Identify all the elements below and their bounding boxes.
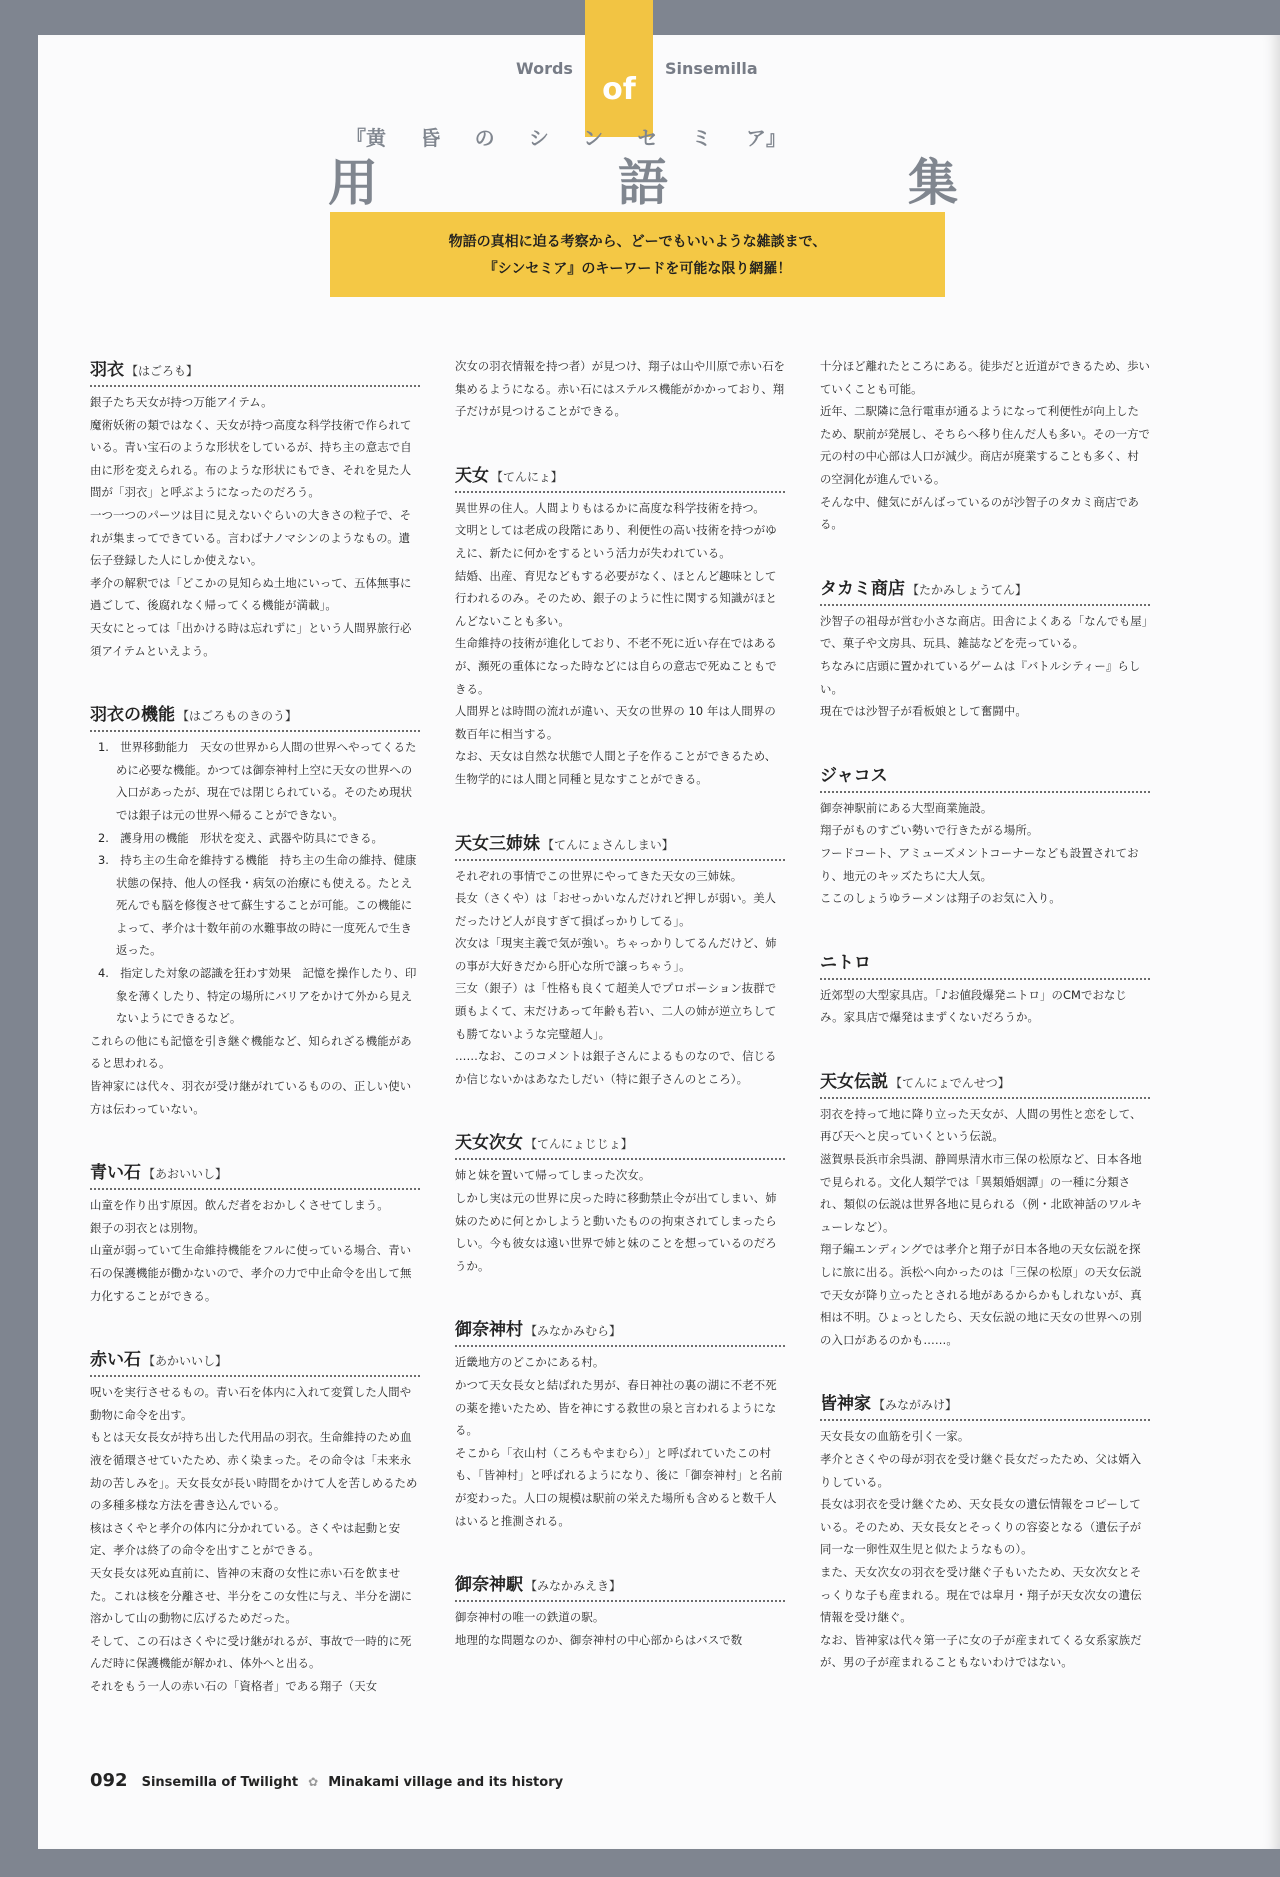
flower-separator-icon: ✿ <box>308 1775 318 1789</box>
entry-paragraph: 十分ほど離れたところにある。徒歩だと近道ができるため、歩いていくことも可能。 <box>820 355 1150 400</box>
entry-term: タカミ商店 <box>820 574 905 599</box>
function-list-item: 3. 持ち主の生命を維持する機能 持ち主の生命の維持、健康状態の保持、他人の怪我… <box>94 849 420 962</box>
entry-reading: みなかみえき <box>525 1577 621 1594</box>
entry-body: 近郊型の大型家具店。「♪お値段爆発ニトロ」のCMでおなじみ。家具店で爆発はまずく… <box>820 984 1150 1029</box>
entry-paragraph: これらの他にも記憶を引き継ぐ機能など、知られざる機能があると思われる。 <box>90 1030 420 1075</box>
banner-line: 物語の真相に迫る考察から、どーでもいいような雑談まで、 <box>330 229 945 256</box>
entry-paragraph: 天女長女は死ぬ直前に、皆神の末裔の女性に赤い石を飲ませた。これは核を分離させ、半… <box>90 1562 420 1630</box>
function-list-item: 1. 世界移動能力 天女の世界から人間の世界へやってくるために必要な機能。かつて… <box>94 736 420 826</box>
entry-body: 近畿地方のどこかにある村。 かつて天女長女と結ばれた男が、春日神社の裏の湖に不老… <box>455 1351 785 1532</box>
entry-paragraph: 羽衣を持って地に降り立った天女が、人間の男性と恋をして、再び天へと戻っていくとい… <box>820 1103 1150 1148</box>
entry-paragraph: 呪いを実行させるもの。青い石を体内に入れて変質した人間や動物に命令を出す。 <box>90 1381 420 1426</box>
entry-paragraph: 天女にとっては「出かける時は忘れずに」という人間界旅行必須アイテムといえよう。 <box>90 617 420 662</box>
glossary-entry-hagoromo-functions: 羽衣の機能 はごろものきのう 1. 世界移動能力 天女の世界から人間の世界へやっ… <box>90 700 420 1120</box>
entry-term: 皆神家 <box>820 1389 871 1414</box>
column-1: 羽衣 はごろも 銀子たち天女が持つ万能アイテム。 魔術妖術の類ではなく、天女が持… <box>90 355 420 1736</box>
entry-paragraph: 姉と妹を置いて帰ってしまった次女。 <box>455 1164 785 1187</box>
entry-body: 姉と妹を置いて帰ってしまった次女。 しかし実は元の世界に戻った時に移動禁止令が出… <box>455 1164 785 1277</box>
glossary-entry-second-daughter: 天女次女 てんにょじじょ 姉と妹を置いて帰ってしまった次女。 しかし実は元の世界… <box>455 1128 785 1277</box>
entry-paragraph: それをもう一人の赤い石の「資格者」である翔子（天女 <box>90 1675 420 1698</box>
entry-paragraph: ……なお、このコメントは銀子さんによるものなので、信じるか信じないかはあなたしだ… <box>455 1045 785 1090</box>
entry-term: 天女伝説 <box>820 1067 888 1092</box>
entry-reading: てんにょでんせつ <box>890 1074 1010 1091</box>
entry-paragraph: 孝介の解釈では「どこかの見知らぬ土地にいって、五体無事に過ごして、後腐れなく帰っ… <box>90 572 420 617</box>
entry-heading: 御奈神村 みなかみむら <box>455 1315 785 1347</box>
entry-paragraph: 銀子たち天女が持つ万能アイテム。 <box>90 391 420 414</box>
entry-paragraph: 近年、二駅隣に急行電車が通るようになって利便性が向上したため、駅前が発展し、そち… <box>820 400 1150 490</box>
header-words: Words <box>516 59 573 78</box>
entry-term: 赤い石 <box>90 1345 141 1370</box>
entry-paragraph: 滋賀県長浜市余呉湖、静岡県清水市三保の松原など、日本各地で見られる。文化人類学で… <box>820 1148 1150 1238</box>
page-footer: 092 Sinsemilla of Twilight ✿ Minakami vi… <box>90 1770 563 1791</box>
entry-heading: 天女次女 てんにょじじょ <box>455 1128 785 1160</box>
banner-line: 『シンセミア』のキーワードを可能な限り網羅！ <box>330 256 945 283</box>
entry-paragraph: 次女の羽衣情報を持つ者）が見つけ、翔子は山や川原で赤い石を集めるようになる。赤い… <box>455 355 785 423</box>
entry-paragraph: また、天女次女の羽衣を受け継ぐ子もいたため、天女次女とそっくりな子も産まれる。現… <box>820 1561 1150 1629</box>
entry-paragraph: そして、この石はさくやに受け継がれるが、事故で一時的に死んだ時に保護機能が解かれ… <box>90 1630 420 1675</box>
function-list-item: 4. 指定した対象の認識を狂わす効果 記憶を操作したり、印象を薄くしたり、特定の… <box>94 962 420 1030</box>
entry-heading: 皆神家 みながみけ <box>820 1389 1150 1421</box>
entry-heading: ジャコス <box>820 761 1150 793</box>
entry-body: 天女長女の血筋を引く一家。 孝介とさくやの母が羽衣を受け継ぐ長女だったため、父は… <box>820 1425 1150 1674</box>
entry-paragraph: 銀子の羽衣とは別物。 <box>90 1217 420 1240</box>
entry-reading: てんにょじじょ <box>525 1135 633 1152</box>
entry-term: 天女次女 <box>455 1128 523 1153</box>
entry-paragraph: 翔子編エンディングでは孝介と翔子が日本各地の天女伝説を探しに旅に出る。浜松へ向か… <box>820 1238 1150 1351</box>
intro-banner: 物語の真相に迫る考察から、どーでもいいような雑談まで、 『シンセミア』のキーワー… <box>330 212 945 297</box>
glossary-entry-tennyo: 天女 てんにょ 異世界の住人。人間よりもはるかに高度な科学技術を持つ。 文明とし… <box>455 461 785 791</box>
entry-body: 沙智子の祖母が営む小さな商店。田舎によくある「なんでも屋」で、菓子や文房具、玩具… <box>820 610 1150 723</box>
entry-body: 異世界の住人。人間よりもはるかに高度な科学技術を持つ。 文明としては老成の段階に… <box>455 497 785 791</box>
entry-body: 山童を作り出す原因。飲んだ者をおかしくさせてしまう。 銀子の羽衣とは別物。 山童… <box>90 1194 420 1307</box>
entry-paragraph: 地理的な問題なのか、御奈神村の中心部からはバスで数 <box>455 1629 785 1652</box>
entry-term: 御奈神駅 <box>455 1570 523 1595</box>
entry-paragraph: 一つ一つのパーツは目に見えないぐらいの大きさの粒子で、それが集まってできている。… <box>90 504 420 572</box>
entry-reading: あかいいし <box>143 1352 227 1369</box>
entry-heading: 天女伝説 てんにょでんせつ <box>820 1067 1150 1099</box>
column-2: 次女の羽衣情報を持つ者）が見つけ、翔子は山や川原で赤い石を集めるようになる。赤い… <box>455 355 785 1689</box>
entry-term: 天女 <box>455 461 489 486</box>
subtitle-char: ア』 <box>746 122 786 151</box>
entry-reading: はごろものきのう <box>177 707 297 724</box>
subtitle-char: 昏 <box>420 122 440 151</box>
entry-body: 御奈神駅前にある大型商業施設。 翔子がものすごい勢いで行きたがる場所。 フードコ… <box>820 797 1150 910</box>
entry-paragraph: 沙智子の祖母が営む小さな商店。田舎によくある「なんでも屋」で、菓子や文房具、玩具… <box>820 610 1150 655</box>
function-list: 1. 世界移動能力 天女の世界から人間の世界へやってくるために必要な機能。かつて… <box>90 736 420 1030</box>
entry-body: 1. 世界移動能力 天女の世界から人間の世界へやってくるために必要な機能。かつて… <box>90 736 420 1120</box>
entry-reading: てんにょさんしまい <box>542 836 674 853</box>
entry-paragraph: それぞれの事情でこの世界にやってきた天女の三姉妹。 <box>455 865 785 888</box>
entry-term: 御奈神村 <box>455 1315 523 1340</box>
glossary-entry-tennyo-legend: 天女伝説 てんにょでんせつ 羽衣を持って地に降り立った天女が、人間の男性と恋をし… <box>820 1067 1150 1352</box>
entry-paragraph: かつて天女長女と結ばれた男が、春日神社の裏の湖に不老不死の薬を捲いたため、皆を神… <box>455 1374 785 1442</box>
subtitle-char: 『黄 <box>346 122 386 151</box>
entry-paragraph: なお、天女は自然な状態で人間と子を作ることができるため、生物学的には人間と同種と… <box>455 745 785 790</box>
entry-heading: 赤い石 あかいいし <box>90 1345 420 1377</box>
entry-paragraph: 人間界とは時間の流れが違い、天女の世界の 10 年は人間界の数百年に相当する。 <box>455 700 785 745</box>
entry-paragraph: 生命維持の技術が進化しており、不老不死に近い存在ではあるが、瀕死の重体になった時… <box>455 632 785 700</box>
page: of Words Sinsemilla 『黄 昏 の シ ン セ ミ ア』 用 … <box>38 35 1280 1849</box>
entry-paragraph: なお、皆神家は代々第一子に女の子が産まれてくる女系家族だが、男の子が産まれること… <box>820 1629 1150 1674</box>
entry-paragraph: しかし実は元の世界に戻った時に移動禁止令が出てしまい、姉妹のために何とかしようと… <box>455 1187 785 1277</box>
entry-paragraph: 翔子がものすごい勢いで行きたがる場所。 <box>820 819 1150 842</box>
entry-heading: 御奈神駅 みなかみえき <box>455 1570 785 1602</box>
entry-body: それぞれの事情でこの世界にやってきた天女の三姉妹。 長女（さくや）は「おせっかい… <box>455 865 785 1091</box>
entry-reading: たかみしょうてん <box>907 581 1027 598</box>
glossary-entry-blue-stone: 青い石 あおいいし 山童を作り出す原因。飲んだ者をおかしくさせてしまう。 銀子の… <box>90 1158 420 1307</box>
entry-term: 天女三姉妹 <box>455 829 540 854</box>
entry-paragraph: 孝介とさくやの母が羽衣を受け継ぐ長女だったため、父は婿入りしている。 <box>820 1448 1150 1493</box>
subtitle-char: セ <box>637 122 657 151</box>
entry-term: ニトロ <box>820 948 871 973</box>
glossary-entry-red-stone: 赤い石 あかいいし 呪いを実行させるもの。青い石を体内に入れて変質した人間や動物… <box>90 1345 420 1697</box>
glossary-entry-jakos: ジャコス 御奈神駅前にある大型商業施設。 翔子がものすごい勢いで行きたがる場所。… <box>820 761 1150 910</box>
glossary-entry-hagoromo: 羽衣 はごろも 銀子たち天女が持つ万能アイテム。 魔術妖術の類ではなく、天女が持… <box>90 355 420 662</box>
entry-paragraph: フードコート、アミューズメントコーナーなども設置されており、地元のキッズたちに大… <box>820 842 1150 887</box>
entry-heading: タカミ商店 たかみしょうてん <box>820 574 1150 606</box>
entry-heading: ニトロ <box>820 948 1150 980</box>
entry-term: ジャコス <box>820 761 888 786</box>
entry-body: 呪いを実行させるもの。青い石を体内に入れて変質した人間や動物に命令を出す。 もと… <box>90 1381 420 1697</box>
subtitle-char: の <box>475 122 495 151</box>
entry-paragraph: 次女は「現実主義で気が強い。ちゃっかりしてるんだけど、姉の事が大好きだから肝心な… <box>455 932 785 977</box>
entry-paragraph: 異世界の住人。人間よりもはるかに高度な科学技術を持つ。 <box>455 497 785 520</box>
page-number: 092 <box>90 1770 128 1791</box>
chapter-title: Minakami village and its history <box>328 1775 563 1790</box>
continued-text: 次女の羽衣情報を持つ者）が見つけ、翔子は山や川原で赤い石を集めるようになる。赤い… <box>455 355 785 423</box>
entry-paragraph: もとは天女長女が持ち出した代用品の羽衣。生命維持のため血液を循環させていたため、… <box>90 1426 420 1516</box>
glossary-entry-takami-shop: タカミ商店 たかみしょうてん 沙智子の祖母が営む小さな商店。田舎によくある「なん… <box>820 574 1150 723</box>
subtitle: 『黄 昏 の シ ン セ ミ ア』 <box>346 122 786 151</box>
glossary-entry-minakami-village: 御奈神村 みなかみむら 近畿地方のどこかにある村。 かつて天女長女と結ばれた男が… <box>455 1315 785 1532</box>
entry-paragraph: 近畿地方のどこかにある村。 <box>455 1351 785 1374</box>
entry-paragraph: 天女長女の血筋を引く一家。 <box>820 1425 1150 1448</box>
entry-paragraph: そこから「衣山村（ころもやまむら）」と呼ばれていたこの村も、「皆神村」と呼ばれる… <box>455 1442 785 1532</box>
entry-paragraph: 皆神家には代々、羽衣が受け継がれているものの、正しい使い方は伝わっていない。 <box>90 1075 420 1120</box>
entry-body: 銀子たち天女が持つ万能アイテム。 魔術妖術の類ではなく、天女が持つ高度な科学技術… <box>90 391 420 662</box>
header-of: of <box>585 72 653 107</box>
entry-body: 御奈神村の唯一の鉄道の駅。 地理的な問題なのか、御奈神村の中心部からはバスで数 <box>455 1606 785 1651</box>
entry-paragraph: 長女（さくや）は「おせっかいなんだけれど押しが弱い。美人だったけど人が良すぎて損… <box>455 887 785 932</box>
entry-paragraph: 結婚、出産、育児などもする必要がなく、ほとんど趣味として行われるのみ。そのため、… <box>455 565 785 633</box>
entry-paragraph: 山童が弱っていて生命維持機能をフルに使っている場合、青い石の保護機能が働かないの… <box>90 1239 420 1307</box>
entry-paragraph: ちなみに店頭に置かれているゲームは『バトルシティー』らしい。 <box>820 655 1150 700</box>
entry-paragraph: 御奈神駅前にある大型商業施設。 <box>820 797 1150 820</box>
entry-heading: 青い石 あおいいし <box>90 1158 420 1190</box>
entry-paragraph: 長女は羽衣を受け継ぐため、天女長女の遺伝情報をコピーしている。そのため、天女長女… <box>820 1493 1150 1561</box>
entry-heading: 羽衣の機能 はごろものきのう <box>90 700 420 732</box>
page-title: 用 語 集 <box>328 153 958 213</box>
continued-text: 十分ほど離れたところにある。徒歩だと近道ができるため、歩いていくことも可能。 近… <box>820 355 1150 536</box>
entry-term: 羽衣の機能 <box>90 700 175 725</box>
entry-paragraph: 核はさくやと孝介の体内に分かれている。さくやは起動と安定、孝介は終了の命令を出す… <box>90 1517 420 1562</box>
entry-paragraph: 近郊型の大型家具店。「♪お値段爆発ニトロ」のCMでおなじみ。家具店で爆発はまずく… <box>820 984 1150 1029</box>
entry-heading: 天女 てんにょ <box>455 461 785 493</box>
title-char: 語 <box>618 153 668 213</box>
entry-reading: みなかみむら <box>525 1322 621 1339</box>
subtitle-char: シ <box>529 122 549 151</box>
subtitle-char: ミ <box>692 122 712 151</box>
entry-paragraph: 現在では沙智子が看板娘として奮闘中。 <box>820 700 1150 723</box>
entry-paragraph: ここのしょうゆラーメンは翔子のお気に入り。 <box>820 887 1150 910</box>
entry-reading: てんにょ <box>491 468 563 485</box>
entry-paragraph: 魔術妖術の類ではなく、天女が持つ高度な科学技術で作られている。青い宝石のような形… <box>90 414 420 504</box>
entry-reading: みながみけ <box>873 1396 957 1413</box>
entry-reading: あおいいし <box>143 1165 227 1182</box>
header-sinsemilla: Sinsemilla <box>665 59 758 78</box>
entry-term: 青い石 <box>90 1158 141 1183</box>
book-title: Sinsemilla of Twilight <box>142 1775 299 1790</box>
glossary-entry-minakami-station: 御奈神駅 みなかみえき 御奈神村の唯一の鉄道の駅。 地理的な問題なのか、御奈神村… <box>455 1570 785 1651</box>
entry-heading: 天女三姉妹 てんにょさんしまい <box>455 829 785 861</box>
entry-heading: 羽衣 はごろも <box>90 355 420 387</box>
title-char: 用 <box>328 153 378 213</box>
entry-paragraph: 山童を作り出す原因。飲んだ者をおかしくさせてしまう。 <box>90 1194 420 1217</box>
entry-paragraph: そんな中、健気にがんばっているのが沙智子のタカミ商店である。 <box>820 491 1150 536</box>
entry-paragraph: 御奈神村の唯一の鉄道の駅。 <box>455 1606 785 1629</box>
of-tab: of <box>585 0 653 137</box>
glossary-entry-minakami-family: 皆神家 みながみけ 天女長女の血筋を引く一家。 孝介とさくやの母が羽衣を受け継ぐ… <box>820 1389 1150 1674</box>
function-list-item: 2. 護身用の機能 形状を変え、武器や防具にできる。 <box>94 827 420 850</box>
entry-term: 羽衣 <box>90 355 124 380</box>
entry-reading: はごろも <box>126 362 198 379</box>
subtitle-char: ン <box>583 122 603 151</box>
entry-paragraph: 文明としては老成の段階にあり、利便性の高い技術を持つがゆえに、新たに何かをすると… <box>455 519 785 564</box>
glossary-entry-three-sisters: 天女三姉妹 てんにょさんしまい それぞれの事情でこの世界にやってきた天女の三姉妹… <box>455 829 785 1091</box>
entry-paragraph: 三女（銀子）は「性格も良くて超美人でプロポーション抜群で頭もよくて、末だけあって… <box>455 977 785 1045</box>
entry-body: 羽衣を持って地に降り立った天女が、人間の男性と恋をして、再び天へと戻っていくとい… <box>820 1103 1150 1352</box>
column-3: 十分ほど離れたところにある。徒歩だと近道ができるため、歩いていくことも可能。 近… <box>820 355 1150 1712</box>
title-char: 集 <box>908 153 958 213</box>
glossary-entry-nitro: ニトロ 近郊型の大型家具店。「♪お値段爆発ニトロ」のCMでおなじみ。家具店で爆発… <box>820 948 1150 1029</box>
